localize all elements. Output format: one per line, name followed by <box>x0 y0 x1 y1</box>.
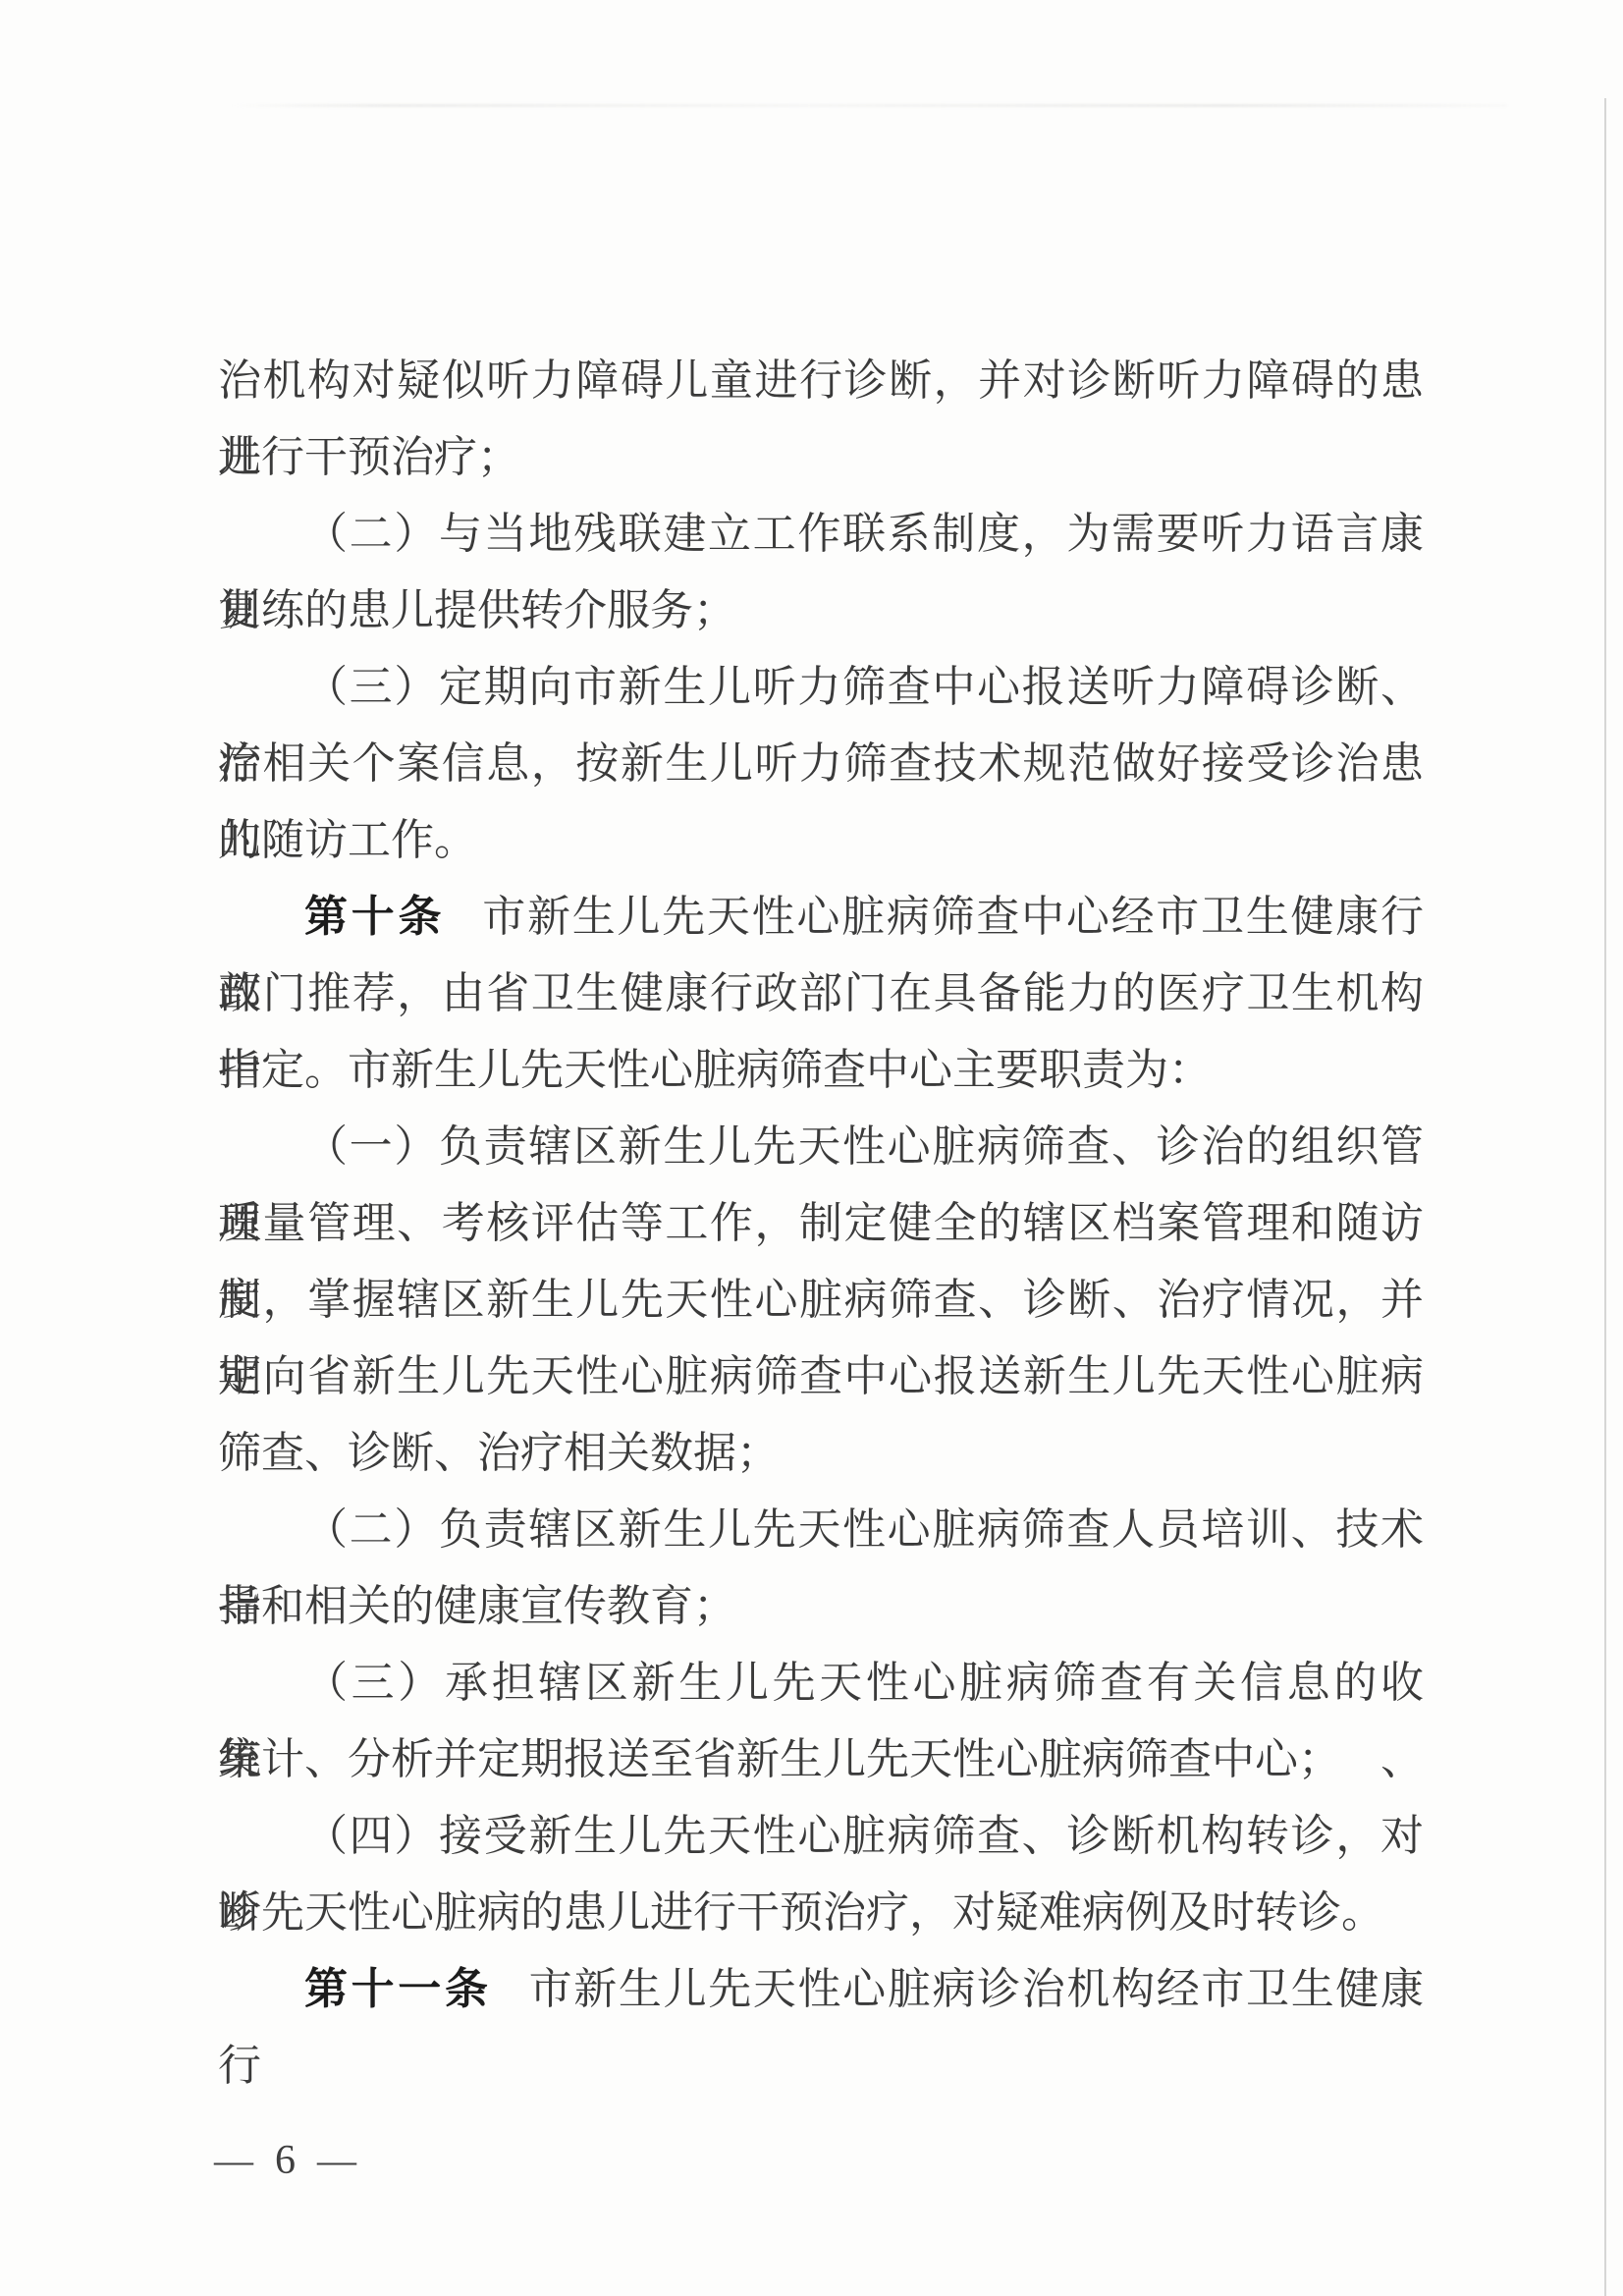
text-line: 训练的患儿提供转介服务； <box>218 573 1424 649</box>
text-line-item-2: （二）与当地残联建立工作联系制度，为需要听力语言康复 <box>218 496 1424 573</box>
article-11-heading-line: 第十一条市新生儿先天性心脏病诊治机构经市卫生健康行 <box>218 1951 1424 2028</box>
text-line: 统计、分析并定期报送至省新生儿先天性心脏病筛查中心； <box>218 1722 1424 1798</box>
text-line: 疗相关个案信息，按新生儿听力筛查技术规范做好接受诊治患儿 <box>218 726 1424 802</box>
article-11-number: 第十一条 <box>304 1965 492 2013</box>
article-10-heading-line: 第十条市新生儿先天性心脏病筛查中心经市卫生健康行政 <box>218 879 1424 956</box>
text-line: 断先天性心脏病的患儿进行干预治疗，对疑难病例及时转诊。 <box>218 1875 1424 1951</box>
page-number: 6 <box>275 2129 296 2192</box>
page-footer: —6— <box>214 2129 356 2192</box>
text-line-item-4: （四）接受新生儿先天性心脏病筛查、诊断机构转诊，对诊 <box>218 1798 1424 1875</box>
text-line: 度，掌握辖区新生儿先天性心脏病筛查、诊断、治疗情况，并定 <box>218 1262 1424 1339</box>
document-page: 治机构对疑似听力障碍儿童进行诊断，并对诊断听力障碍的患儿 进行干预治疗； （二）… <box>0 0 1623 2296</box>
text-line-item-1: （一）负责辖区新生儿先天性心脏病筛查、诊治的组织管理、 <box>218 1109 1424 1185</box>
text-line: 进行干预治疗； <box>218 419 1424 496</box>
scan-artifact-vertical-line <box>1604 98 1606 2296</box>
text-line: 指定。市新生儿先天性心脏病筛查中心主要职责为： <box>218 1032 1424 1109</box>
document-body: 治机构对疑似听力障碍儿童进行诊断，并对诊断听力障碍的患儿 进行干预治疗； （二）… <box>218 343 1424 2028</box>
text-line: 治机构对疑似听力障碍儿童进行诊断，并对诊断听力障碍的患儿 <box>218 343 1424 419</box>
scan-artifact-horizontal <box>231 104 1507 107</box>
text-line-item-3: （三）定期向市新生儿听力筛查中心报送听力障碍诊断、治 <box>218 649 1424 726</box>
text-line: 部门推荐，由省卫生健康行政部门在具备能力的医疗卫生机构中 <box>218 956 1424 1032</box>
text-line: 筛查、诊断、治疗相关数据； <box>218 1415 1424 1492</box>
text-line: 导和相关的健康宣传教育； <box>218 1568 1424 1645</box>
text-line: 期向省新生儿先天性心脏病筛查中心报送新生儿先天性心脏病 <box>218 1339 1424 1415</box>
text-line: 的随访工作。 <box>218 802 1424 879</box>
text-line-item-3b: （三）承担辖区新生儿先天性心脏病筛查有关信息的收集、 <box>218 1645 1424 1722</box>
text-line: 质量管理、考核评估等工作，制定健全的辖区档案管理和随访制 <box>218 1185 1424 1262</box>
article-10-number: 第十条 <box>304 893 445 941</box>
text-line-item-2b: （二）负责辖区新生儿先天性心脏病筛查人员培训、技术指 <box>218 1492 1424 1568</box>
footer-dash-left: — <box>214 2138 253 2182</box>
footer-dash-right: — <box>317 2138 356 2182</box>
